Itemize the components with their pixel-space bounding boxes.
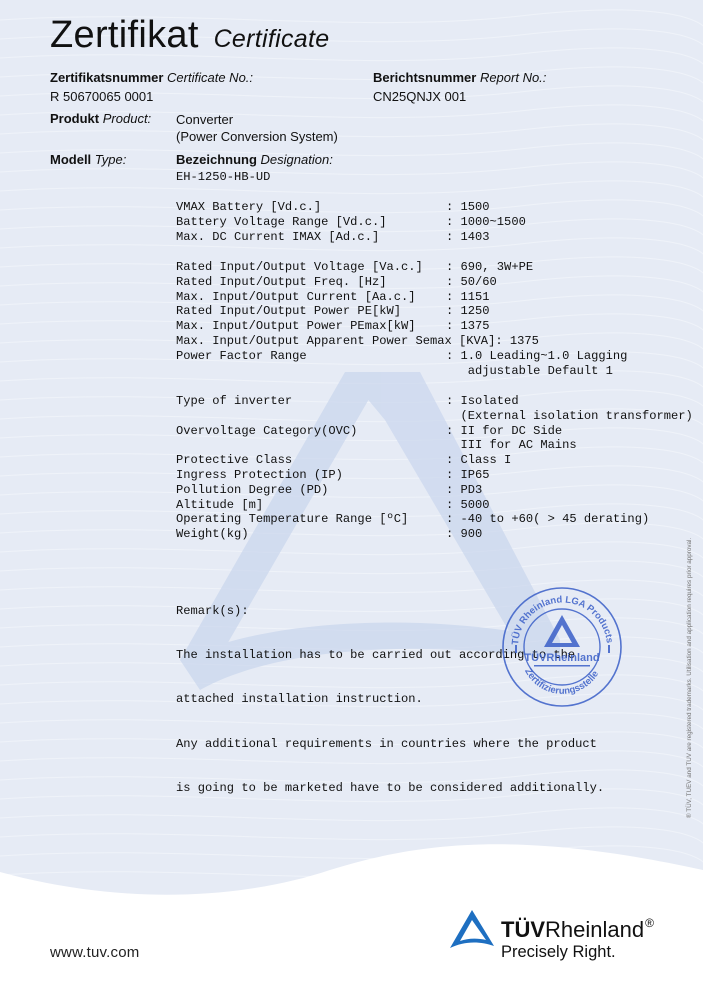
spec-key: Rated Input/Output Power PE[kW] — [176, 304, 401, 319]
spec-value: III for AC Mains — [446, 438, 577, 453]
title-german: Zertifikat — [50, 14, 199, 56]
spec-value: : II for DC Side — [446, 424, 562, 439]
model-label-de: Modell — [50, 152, 91, 167]
remarks-line: is going to be marketed have to be consi… — [176, 781, 604, 796]
spec-value: : 1403 — [446, 230, 490, 245]
spec-row: Max. Input/Output Apparent Power Semax [… — [176, 334, 696, 349]
spec-key: Rated Input/Output Voltage [Va.c.] — [176, 260, 423, 275]
logo-slogan: Precisely Right. — [501, 943, 616, 962]
spec-key: Power Factor Range — [176, 349, 307, 364]
spec-row: Operating Temperature Range [ºC]: -40 to… — [176, 512, 696, 527]
stamp-triangle-icon — [544, 615, 580, 647]
spec-key: Protective Class — [176, 453, 292, 468]
spec-key: Battery Voltage Range [Vd.c.] — [176, 215, 386, 230]
specs-general-group: Type of inverter: Isolated (External iso… — [176, 394, 696, 542]
spec-value: : -40 to +60( > 45 derating) — [446, 512, 649, 527]
specs-dc-group: VMAX Battery [Vd.c.]: 1500Battery Voltag… — [176, 200, 696, 244]
spec-value: : 1000~1500 — [446, 215, 526, 230]
spec-value: : 1250 — [446, 304, 490, 319]
product-label-en: Product: — [103, 111, 151, 126]
spec-value: : 1375 — [446, 319, 490, 334]
spec-value: : IP65 — [446, 468, 490, 483]
spec-value: : Isolated — [446, 394, 519, 409]
model-label: Modell Type: — [50, 152, 126, 167]
spec-row: III for AC Mains — [176, 438, 696, 453]
product-value: Converter (Power Conversion System) — [176, 111, 338, 145]
spec-row: (External isolation transformer) — [176, 409, 696, 424]
spec-key: Max. Input/Output Current [Aa.c.] — [176, 290, 416, 305]
spec-key: VMAX Battery [Vd.c.] — [176, 200, 321, 215]
spec-value: (External isolation transformer) — [446, 409, 693, 424]
certification-stamp: TÜV Rheinland LGA Products GmbH Zertifiz… — [500, 585, 625, 710]
spec-value: : 900 — [446, 527, 482, 542]
certificate-number-value: R 50670065 0001 — [50, 88, 153, 105]
website-link[interactable]: www.tuv.com — [50, 944, 139, 961]
report-number-label: Berichtsnummer Report No.: — [373, 70, 546, 85]
spec-row: Max. DC Current IMAX [Ad.c.]: 1403 — [176, 230, 696, 245]
logo-brand-bold: TÜV — [501, 917, 545, 942]
tuv-logo-wordmark: TÜVRheinland® — [501, 916, 654, 943]
spec-key: Max. DC Current IMAX [Ad.c.] — [176, 230, 379, 245]
certificate-number-label: Zertifikatsnummer Certificate No.: — [50, 70, 253, 85]
spec-key: Type of inverter — [176, 394, 292, 409]
spec-row: Altitude [m]: 5000 — [176, 498, 696, 513]
svg-text:TÜV Rheinland LGA Products Gmb: TÜV Rheinland LGA Products GmbH — [500, 585, 615, 646]
spec-row: Rated Input/Output Voltage [Va.c.]: 690,… — [176, 260, 696, 275]
designation-label-en: Designation: — [261, 152, 333, 167]
spec-row: Type of inverter: Isolated — [176, 394, 696, 409]
specs-ac-group: Rated Input/Output Voltage [Va.c.]: 690,… — [176, 260, 696, 378]
spec-row: Battery Voltage Range [Vd.c.]: 1000~1500 — [176, 215, 696, 230]
svg-text:TÜVRheinland: TÜVRheinland — [524, 651, 599, 664]
certificate-number-label-en: Certificate No.: — [167, 70, 253, 85]
spec-value: : 1375 — [495, 334, 539, 348]
product-line: (Power Conversion System) — [176, 128, 338, 145]
spec-row: Rated Input/Output Power PE[kW]: 1250 — [176, 304, 696, 319]
report-number-value: CN25QNJX 001 — [373, 88, 466, 105]
title-english: Certificate — [214, 25, 330, 53]
remarks-line: Any additional requirements in countries… — [176, 737, 604, 752]
trademark-note: ® TÜV, TUEV and TUV are registered trade… — [686, 538, 693, 818]
spec-row: Power Factor Range: 1.0 Leading~1.0 Lagg… — [176, 349, 696, 364]
report-number-label-de: Berichtsnummer — [373, 70, 476, 85]
spec-key: Operating Temperature Range [ºC] — [176, 512, 408, 527]
product-line: Converter — [176, 111, 338, 128]
spec-row: Max. Input/Output Current [Aa.c.]: 1151 — [176, 290, 696, 305]
svg-text:Zertifizierungsstelle: Zertifizierungsstelle — [522, 666, 601, 696]
model-label-en: Type: — [95, 152, 127, 167]
tuv-logo-triangle-icon — [448, 908, 496, 950]
spec-key: Pollution Degree (PD) — [176, 483, 328, 498]
model-designation-value: EH-1250-HB-UD — [176, 170, 270, 185]
spec-key: Ingress Protection (IP) — [176, 468, 343, 483]
spec-row: Ingress Protection (IP): IP65 — [176, 468, 696, 483]
spec-row: Pollution Degree (PD): PD3 — [176, 483, 696, 498]
spec-value: : 5000 — [446, 498, 490, 513]
spec-key: Max. Input/Output Apparent Power Semax [… — [176, 334, 495, 348]
report-number-label-en: Report No.: — [480, 70, 546, 85]
spec-key: Max. Input/Output Power PEmax[kW] — [176, 319, 416, 334]
spec-value: : 50/60 — [446, 275, 497, 290]
spec-value: : 1500 — [446, 200, 490, 215]
certificate-number-label-de: Zertifikatsnummer — [50, 70, 163, 85]
spec-key: Weight(kg) — [176, 527, 249, 542]
spec-row: VMAX Battery [Vd.c.]: 1500 — [176, 200, 696, 215]
spec-row: Max. Input/Output Power PEmax[kW]: 1375 — [176, 319, 696, 334]
spec-key: Rated Input/Output Freq. [Hz] — [176, 275, 386, 290]
spec-value: : 1.0 Leading~1.0 Lagging — [446, 349, 627, 364]
logo-brand-regular: Rheinland — [545, 917, 644, 942]
page-title: Zertifikat Certificate — [50, 14, 329, 57]
spec-row: adjustable Default 1 — [176, 364, 696, 379]
spec-value: adjustable Default 1 — [446, 364, 613, 379]
product-label-de: Produkt — [50, 111, 99, 126]
spec-row: Rated Input/Output Freq. [Hz]: 50/60 — [176, 275, 696, 290]
spec-value: : PD3 — [446, 483, 482, 498]
spec-value: : Class I — [446, 453, 511, 468]
spec-row: Protective Class: Class I — [176, 453, 696, 468]
registered-mark: ® — [645, 916, 654, 930]
spec-value: : 1151 — [446, 290, 490, 305]
spec-row: Overvoltage Category(OVC): II for DC Sid… — [176, 424, 696, 439]
spec-key: Overvoltage Category(OVC) — [176, 424, 357, 439]
spec-value: : 690, 3W+PE — [446, 260, 533, 275]
designation-label-de: Bezeichnung — [176, 152, 257, 167]
product-label: Produkt Product: — [50, 111, 151, 126]
spec-row: Weight(kg): 900 — [176, 527, 696, 542]
spec-key: Altitude [m] — [176, 498, 263, 513]
designation-label: Bezeichnung Designation: — [176, 152, 333, 167]
